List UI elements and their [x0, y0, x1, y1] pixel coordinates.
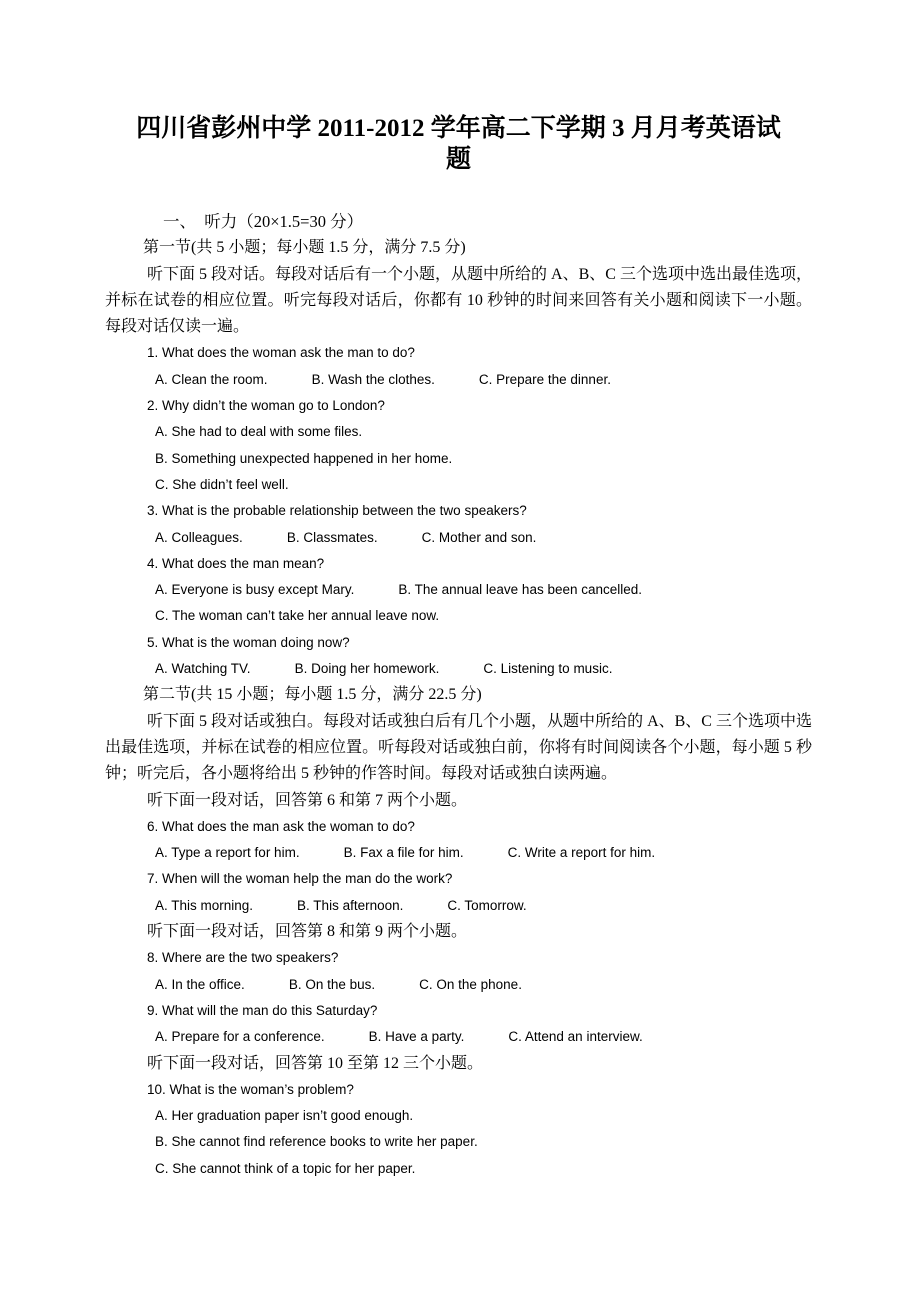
exam-options-31: B. She cannot find reference books to wr… [105, 1129, 812, 1155]
answer-option: C. She cannot think of a topic for her p… [155, 1156, 415, 1182]
answer-option: A. Everyone is busy except Mary. [155, 577, 354, 603]
exam-section-0: 一、 听力（20×1.5=30 分） [105, 209, 812, 235]
answer-option: B. Doing her homework. [295, 656, 440, 682]
answer-option: A. Colleagues. [155, 525, 243, 551]
exam-question-19: 6. What does the man ask the woman to do… [105, 814, 812, 840]
answer-option: C. Tomorrow. [447, 893, 526, 919]
exam-question-3: 1. What does the woman ask the man to do… [105, 340, 812, 366]
exam-cn-28: 听下面一段对话，回答第 10 至第 12 三个小题。 [105, 1051, 812, 1077]
answer-option: A. Watching TV. [155, 656, 251, 682]
answer-option: C. Write a report for him. [508, 840, 656, 866]
exam-question-11: 4. What does the man mean? [105, 551, 812, 577]
exam-options-27: A. Prepare for a conference.B. Have a pa… [105, 1024, 812, 1050]
answer-option: A. This morning. [155, 893, 253, 919]
exam-options-7: B. Something unexpected happened in her … [105, 446, 812, 472]
page-title: 四川省彭州中学 2011-2012 学年高二下学期 3 月月考英语试 题 [105, 113, 812, 175]
exam-heading-16: 第二节(共 15 小题；每小题 1.5 分，满分 22.5 分) [105, 682, 812, 708]
exam-heading-1: 第一节(共 5 小题；每小题 1.5 分，满分 7.5 分) [105, 235, 812, 261]
answer-option: A. In the office. [155, 972, 245, 998]
answer-option: A. Clean the room. [155, 367, 268, 393]
exam-options-10: A. Colleagues.B. Classmates.C. Mother an… [105, 525, 812, 551]
answer-option: C. The woman can’t take her annual leave… [155, 603, 439, 629]
exam-options-30: A. Her graduation paper isn’t good enoug… [105, 1103, 812, 1129]
answer-option: C. Prepare the dinner. [479, 367, 611, 393]
answer-option: B. Have a party. [369, 1024, 465, 1050]
exam-question-9: 3. What is the probable relationship bet… [105, 498, 812, 524]
exam-body: 一、 听力（20×1.5=30 分）第一节(共 5 小题；每小题 1.5 分，满… [105, 209, 812, 1182]
exam-options-13: C. The woman can’t take her annual leave… [105, 603, 812, 629]
exam-options-22: A. This morning.B. This afternoon.C. Tom… [105, 893, 812, 919]
answer-option: A. Type a report for him. [155, 840, 300, 866]
answer-option: A. Her graduation paper isn’t good enoug… [155, 1103, 413, 1129]
answer-option: C. Listening to music. [483, 656, 612, 682]
answer-option: C. She didn’t feel well. [155, 472, 289, 498]
answer-option: B. Fax a file for him. [344, 840, 464, 866]
exam-options-32: C. She cannot think of a topic for her p… [105, 1156, 812, 1182]
exam-document-page: 四川省彭州中学 2011-2012 学年高二下学期 3 月月考英语试 题 一、 … [0, 0, 920, 1302]
exam-options-15: A. Watching TV.B. Doing her homework.C. … [105, 656, 812, 682]
exam-options-8: C. She didn’t feel well. [105, 472, 812, 498]
exam-options-6: A. She had to deal with some files. [105, 419, 812, 445]
answer-option: B. Wash the clothes. [312, 367, 435, 393]
answer-option: B. On the bus. [289, 972, 375, 998]
exam-para-17: 听下面 5 段对话或独白。每段对话或独白后有几个小题，从题中所给的 A、B、C … [105, 709, 812, 788]
exam-question-29: 10. What is the woman’s problem? [105, 1077, 812, 1103]
answer-option: B. She cannot find reference books to wr… [155, 1129, 478, 1155]
exam-question-14: 5. What is the woman doing now? [105, 630, 812, 656]
exam-options-12: A. Everyone is busy except Mary.B. The a… [105, 577, 812, 603]
exam-options-20: A. Type a report for him.B. Fax a file f… [105, 840, 812, 866]
exam-para-2: 听下面 5 段对话。每段对话后有一个小题，从题中所给的 A、B、C 三个选项中选… [105, 262, 812, 341]
answer-option: B. This afternoon. [297, 893, 403, 919]
exam-question-24: 8. Where are the two speakers? [105, 945, 812, 971]
answer-option: B. The annual leave has been cancelled. [398, 577, 642, 603]
exam-options-25: A. In the office.B. On the bus.C. On the… [105, 972, 812, 998]
answer-option: B. Classmates. [287, 525, 378, 551]
answer-option: C. Attend an interview. [508, 1024, 642, 1050]
exam-question-5: 2. Why didn’t the woman go to London? [105, 393, 812, 419]
exam-cn-18: 听下面一段对话，回答第 6 和第 7 两个小题。 [105, 788, 812, 814]
page-title-line-2: 题 [105, 144, 812, 175]
exam-options-4: A. Clean the room.B. Wash the clothes.C.… [105, 367, 812, 393]
answer-option: C. On the phone. [419, 972, 522, 998]
answer-option: A. Prepare for a conference. [155, 1024, 325, 1050]
page-title-line-1: 四川省彭州中学 2011-2012 学年高二下学期 3 月月考英语试 [105, 113, 812, 144]
exam-cn-23: 听下面一段对话，回答第 8 和第 9 两个小题。 [105, 919, 812, 945]
exam-question-26: 9. What will the man do this Saturday? [105, 998, 812, 1024]
answer-option: C. Mother and son. [422, 525, 537, 551]
exam-question-21: 7. When will the woman help the man do t… [105, 866, 812, 892]
answer-option: B. Something unexpected happened in her … [155, 446, 452, 472]
answer-option: A. She had to deal with some files. [155, 419, 362, 445]
